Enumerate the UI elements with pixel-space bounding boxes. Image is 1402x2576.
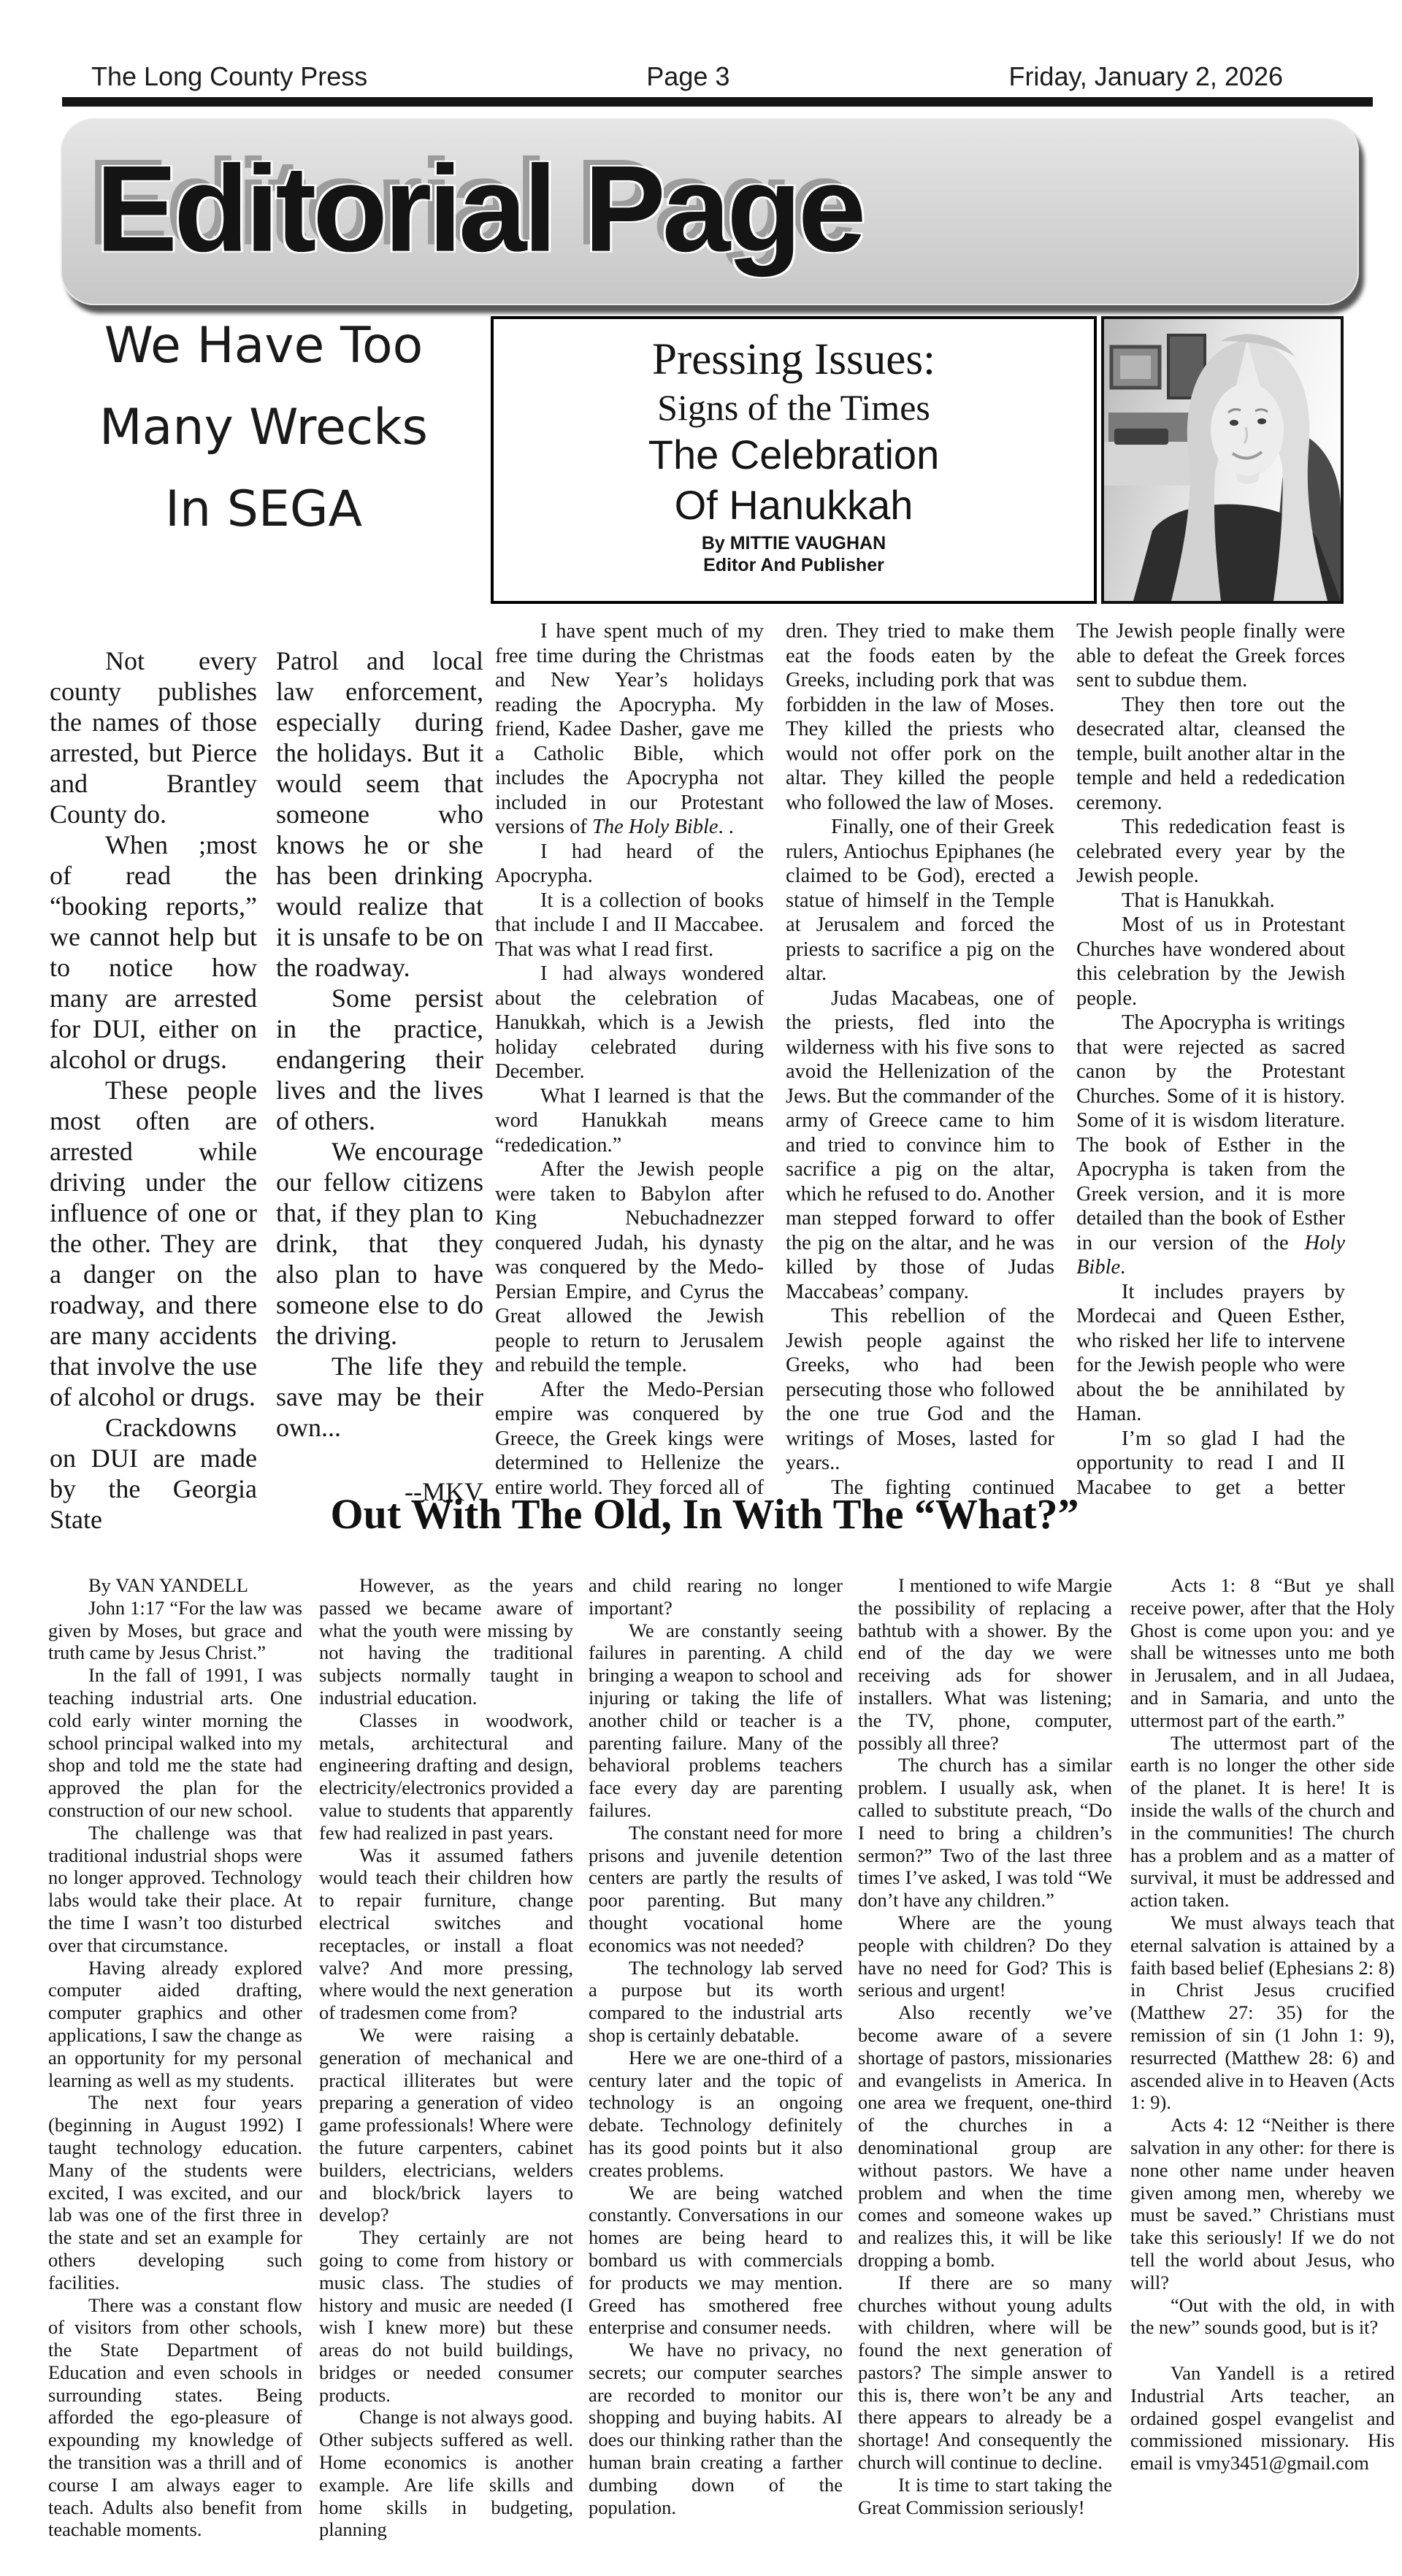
pressing-issues-title-line-1: The Celebration (494, 432, 1094, 478)
masthead-divider-rule (62, 97, 1373, 107)
paragraph: The Apocrypha is writings that were reje… (1076, 1011, 1345, 1280)
paragraph: We must always teach that eternal salvat… (1130, 1912, 1395, 2114)
article-wrecks-body: Not every county publishes the names of … (50, 645, 483, 1536)
editor-photo-illustration (1104, 319, 1341, 601)
paragraph: dren. They tried to make them eat the fo… (786, 619, 1054, 815)
out-with-the-old-column-4: I mentioned to wife Margie the possibili… (858, 1574, 1112, 2567)
editorial-page-banner: Editorial Page (61, 118, 1359, 305)
masthead-date: Friday, January 2, 2026 (1008, 61, 1283, 92)
paragraph: Many Wrecks (40, 387, 487, 469)
paragraph: We are constantly seeing failures in par… (589, 1619, 843, 1822)
paragraph: Some persist in the practice, endangerin… (276, 983, 483, 1136)
paragraph: Having already explored computer aided d… (48, 1957, 302, 2092)
paragraph: They certainly are not going to come fro… (319, 2226, 573, 2406)
paragraph: John 1:17 “For the law was given by Mose… (48, 1597, 302, 1664)
editor-photo (1101, 316, 1344, 604)
pressing-issues-column-2: dren. They tried to make them eat the fo… (786, 619, 1054, 1499)
paragraph: I had heard of the Apocrypha. (495, 840, 764, 889)
paragraph: These people most often are arrested whi… (50, 1075, 257, 1412)
masthead: The Long County Press Page 3 Friday, Jan… (91, 61, 1283, 92)
paragraph: In SEGA (40, 469, 487, 551)
paragraph: We were raising a generation of mechanic… (319, 2024, 573, 2226)
paragraph: Also recently we’ve become aware of a se… (858, 2001, 1112, 2272)
paragraph: I had always wondered about the celebrat… (495, 962, 764, 1084)
out-with-the-old-column-5: Acts 1: 8 “But ye shall receive power, a… (1130, 1574, 1395, 2567)
paragraph: Was it assumed fathers would teach their… (319, 1844, 573, 2024)
paragraph: Where are the young people with children… (858, 1912, 1112, 2001)
paragraph: Acts 1: 8 “But ye shall receive power, a… (1130, 1574, 1395, 1732)
paragraph: In the fall of 1991, I was teaching indu… (48, 1664, 302, 1822)
pressing-issues-column-1: I have spent much of my free time during… (495, 619, 764, 1499)
paragraph: We have no privacy, no secrets; our comp… (589, 2339, 843, 2518)
paragraph: I’m so glad I had the opportunity to rea… (1076, 1427, 1345, 1500)
paragraph: We are being watched constantly. Convers… (589, 2182, 843, 2339)
paragraph: The technology lab served a purpose but … (589, 1957, 843, 2047)
paragraph: Classes in woodwork, metals, architectur… (319, 1709, 573, 1844)
paragraph: Not every county publishes the names of … (50, 645, 257, 829)
out-with-the-old-column-2: However, as the years passed we became a… (319, 1574, 573, 2567)
paragraph: When ;most of read the “booking reports,… (50, 829, 257, 1075)
paragraph: The Jewish people finally were able to d… (1076, 619, 1345, 693)
paragraph: “Out with the old, in with the new” soun… (1130, 2294, 1395, 2339)
paragraph: By VAN YANDELL (48, 1574, 302, 1597)
editorial-page-banner-title: Editorial Page (96, 139, 862, 280)
paragraph: After the Jewish people were taken to Ba… (495, 1157, 764, 1378)
paragraph: If there are so many churches without yo… (858, 2272, 1112, 2474)
paragraph: It includes prayers by Mordecai and Quee… (1076, 1280, 1345, 1427)
pressing-issues-title-line-2: Of Hanukkah (494, 482, 1094, 528)
pressing-issues-byline: By MITTIE VAUGHAN (494, 532, 1094, 554)
paragraph: This rebellion of the Jewish people agai… (786, 1304, 1054, 1476)
article-wrecks-column-2: Patrol and local law enforcement, especi… (276, 645, 483, 1536)
paragraph: and child rearing no longer important? (589, 1574, 843, 1619)
pressing-issues-kicker: Pressing Issues: (494, 337, 1094, 383)
paragraph: We encourage our fellow citizens that, i… (276, 1136, 483, 1351)
pressing-issues-column-3: The Jewish people finally were able to d… (1076, 619, 1345, 1499)
paragraph: What I learned is that the word Hanukkah… (495, 1084, 764, 1158)
paragraph: There was a constant flow of visitors fr… (48, 2294, 302, 2542)
paragraph: However, as the years passed we became a… (319, 1574, 573, 1709)
paragraph: Patrol and local law enforcement, especi… (276, 645, 483, 983)
pressing-issues-byline-role: Editor And Publisher (494, 554, 1094, 576)
out-with-the-old-headline: Out With The Old, In With The “What?” (62, 1490, 1347, 1538)
paragraph: Here we are one-third of a century later… (589, 2047, 843, 2182)
article-wrecks-column-1: Not every county publishes the names of … (50, 645, 257, 1536)
paragraph: The constant need for more prisons and j… (589, 1822, 843, 1957)
paragraph: Most of us in Protestant Churches have w… (1076, 913, 1345, 1011)
pressing-issues-subkicker: Signs of the Times (494, 388, 1094, 427)
paragraph: Change is not always good. Other subject… (319, 2406, 573, 2541)
paragraph: Acts 4: 12 “Neither is there salvation i… (1130, 2114, 1395, 2293)
paragraph: I have spent much of my free time during… (495, 619, 764, 840)
paragraph: Judas Macabeas, one of the priests, fled… (786, 986, 1054, 1305)
paragraph: Finally, one of their Greek rulers, Anti… (786, 815, 1054, 986)
out-with-the-old-column-3: and child rearing no longer important?We… (589, 1574, 843, 2567)
paragraph: It is time to start taking the Great Com… (858, 2474, 1112, 2519)
paragraph: We Have Too (40, 305, 487, 387)
paragraph: The next four years (beginning in August… (48, 2091, 302, 2293)
masthead-page-number: Page 3 (646, 61, 729, 92)
paragraph: The church has a similar problem. I usua… (858, 1754, 1112, 1912)
paragraph: This rededication feast is celebrated ev… (1076, 815, 1345, 889)
paragraph: The challenge was that traditional indus… (48, 1822, 302, 1957)
article-wrecks-headline: We Have TooMany WrecksIn SEGA (40, 305, 487, 551)
pressing-issues-header-box: Pressing Issues: Signs of the Times The … (491, 316, 1097, 604)
paragraph: They then tore out the desecrated altar,… (1076, 693, 1345, 816)
masthead-newspaper-name: The Long County Press (91, 61, 367, 92)
paragraph: The life they save may be their own... (276, 1351, 483, 1443)
paragraph: After the Medo-Persian empire was conque… (495, 1378, 764, 1500)
paragraph: That is Hanukkah. (1076, 889, 1345, 913)
paragraph: The uttermost part of the earth is no lo… (1130, 1732, 1395, 1912)
paragraph: It is a collection of books that include… (495, 889, 764, 962)
paragraph: I mentioned to wife Margie the possibili… (858, 1574, 1112, 1754)
paragraph: Van Yandell is a retired Industrial Arts… (1130, 2362, 1395, 2475)
out-with-the-old-column-1: By VAN YANDELLJohn 1:17 “For the law was… (48, 1574, 302, 2567)
